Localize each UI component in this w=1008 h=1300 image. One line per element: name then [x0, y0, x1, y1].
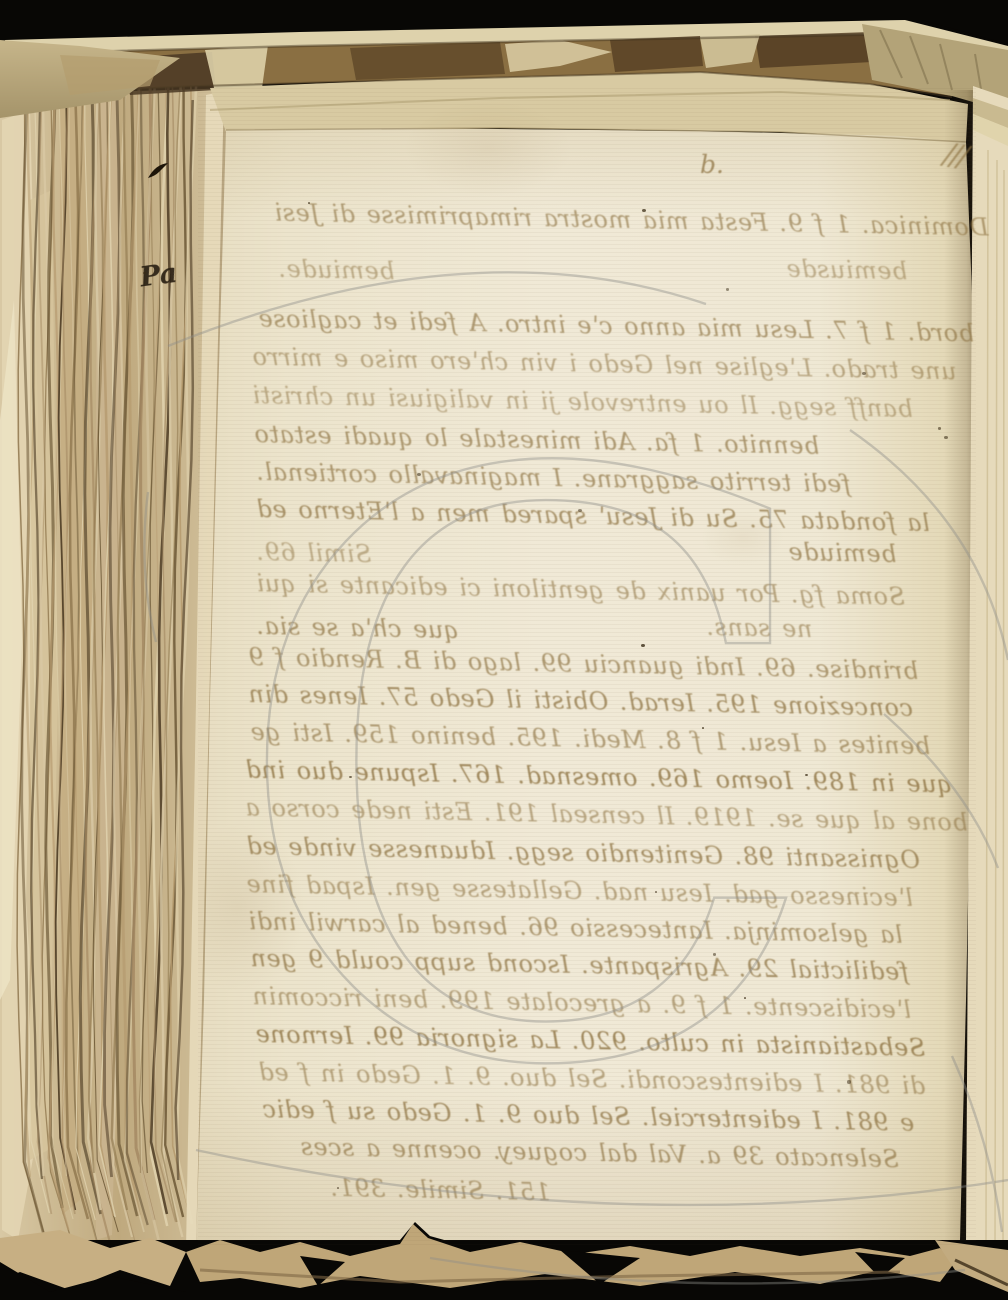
watermark-arc [430, 1258, 965, 1283]
watermark-arc [144, 492, 156, 642]
watermark-arc [952, 1056, 1002, 1232]
watermark-c: C [222, 309, 834, 1241]
watermark-overlay: C [0, 0, 1008, 1300]
watermark-arc [850, 430, 1008, 660]
photo-backdrop: b. Pa /// Dominica. 1 f 9. Festa mia mos… [0, 0, 1008, 1300]
watermark-group: C [144, 272, 1008, 1283]
watermark-arc [884, 714, 998, 868]
